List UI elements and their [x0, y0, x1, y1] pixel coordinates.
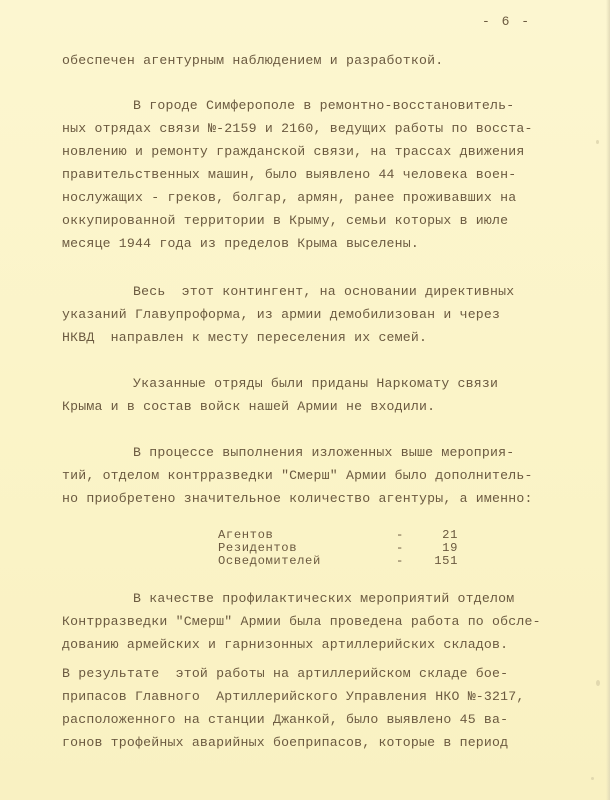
text-line: гонов трофейных аварийных боеприпасов, к…	[62, 735, 508, 751]
text-line: Весь этот контингент, на основании дирек…	[133, 284, 514, 300]
text-line: НКВД направлен к месту переселения их се…	[62, 330, 427, 346]
text-line: В процессе выполнения изложенных выше ме…	[133, 445, 514, 461]
document-page: - 6 - обеспечен агентурным наблюдением и…	[0, 0, 610, 800]
count-label: Осведомителей	[218, 555, 321, 568]
count-value: 151	[418, 555, 458, 568]
text-line: Указанные отряды были приданы Наркомату …	[133, 376, 498, 392]
text-line: В качестве профилактических мероприятий …	[133, 591, 514, 607]
text-line: В городе Симферополе в ремонтно-восстано…	[133, 98, 514, 114]
text-line: расположенного на станции Джанкой, было …	[62, 712, 508, 728]
text-line: дованию армейских и гарнизонных артиллер…	[62, 637, 508, 653]
agent-counts-table: Агентов - 21 Резидентов - 19 Осведомител…	[218, 529, 458, 568]
paper-speck	[596, 140, 599, 144]
text-line: припасов Главного Артиллерийского Управл…	[62, 689, 525, 705]
text-line: месяце 1944 года из пределов Крыма высел…	[62, 236, 419, 252]
text-line: тий, отделом контрразведки "Смерш" Армии…	[62, 468, 533, 484]
text-line: правительственных машин, было выявлено 4…	[62, 167, 516, 183]
text-line: Контрразведки "Смерш" Армии была проведе…	[62, 614, 541, 630]
text-line: оккупированной территории в Крыму, семьи…	[62, 213, 508, 229]
text-line: новлению и ремонту гражданской связи, на…	[62, 144, 525, 160]
paper-speck	[596, 680, 600, 686]
text-line: В результате этой работы на артиллерийск…	[62, 666, 508, 682]
text-line: Крыма и в состав войск нашей Армии не вх…	[62, 399, 435, 415]
paper-speck	[591, 777, 594, 780]
text-line: но приобретено значительное количество а…	[62, 491, 533, 507]
text-line: обеспечен агентурным наблюдением и разра…	[62, 53, 443, 69]
text-line: указаний Главупроформа, из армии демобил…	[62, 307, 500, 323]
text-line: ных отрядах связи №-2159 и 2160, ведущих…	[62, 121, 533, 137]
count-row-informants: Осведомителей - 151	[218, 555, 458, 568]
count-dash: -	[396, 555, 404, 568]
text-line: нослужащих - греков, болгар, армян, ране…	[62, 190, 516, 206]
page-number: - 6 -	[482, 14, 531, 29]
paper-edge	[606, 0, 610, 800]
